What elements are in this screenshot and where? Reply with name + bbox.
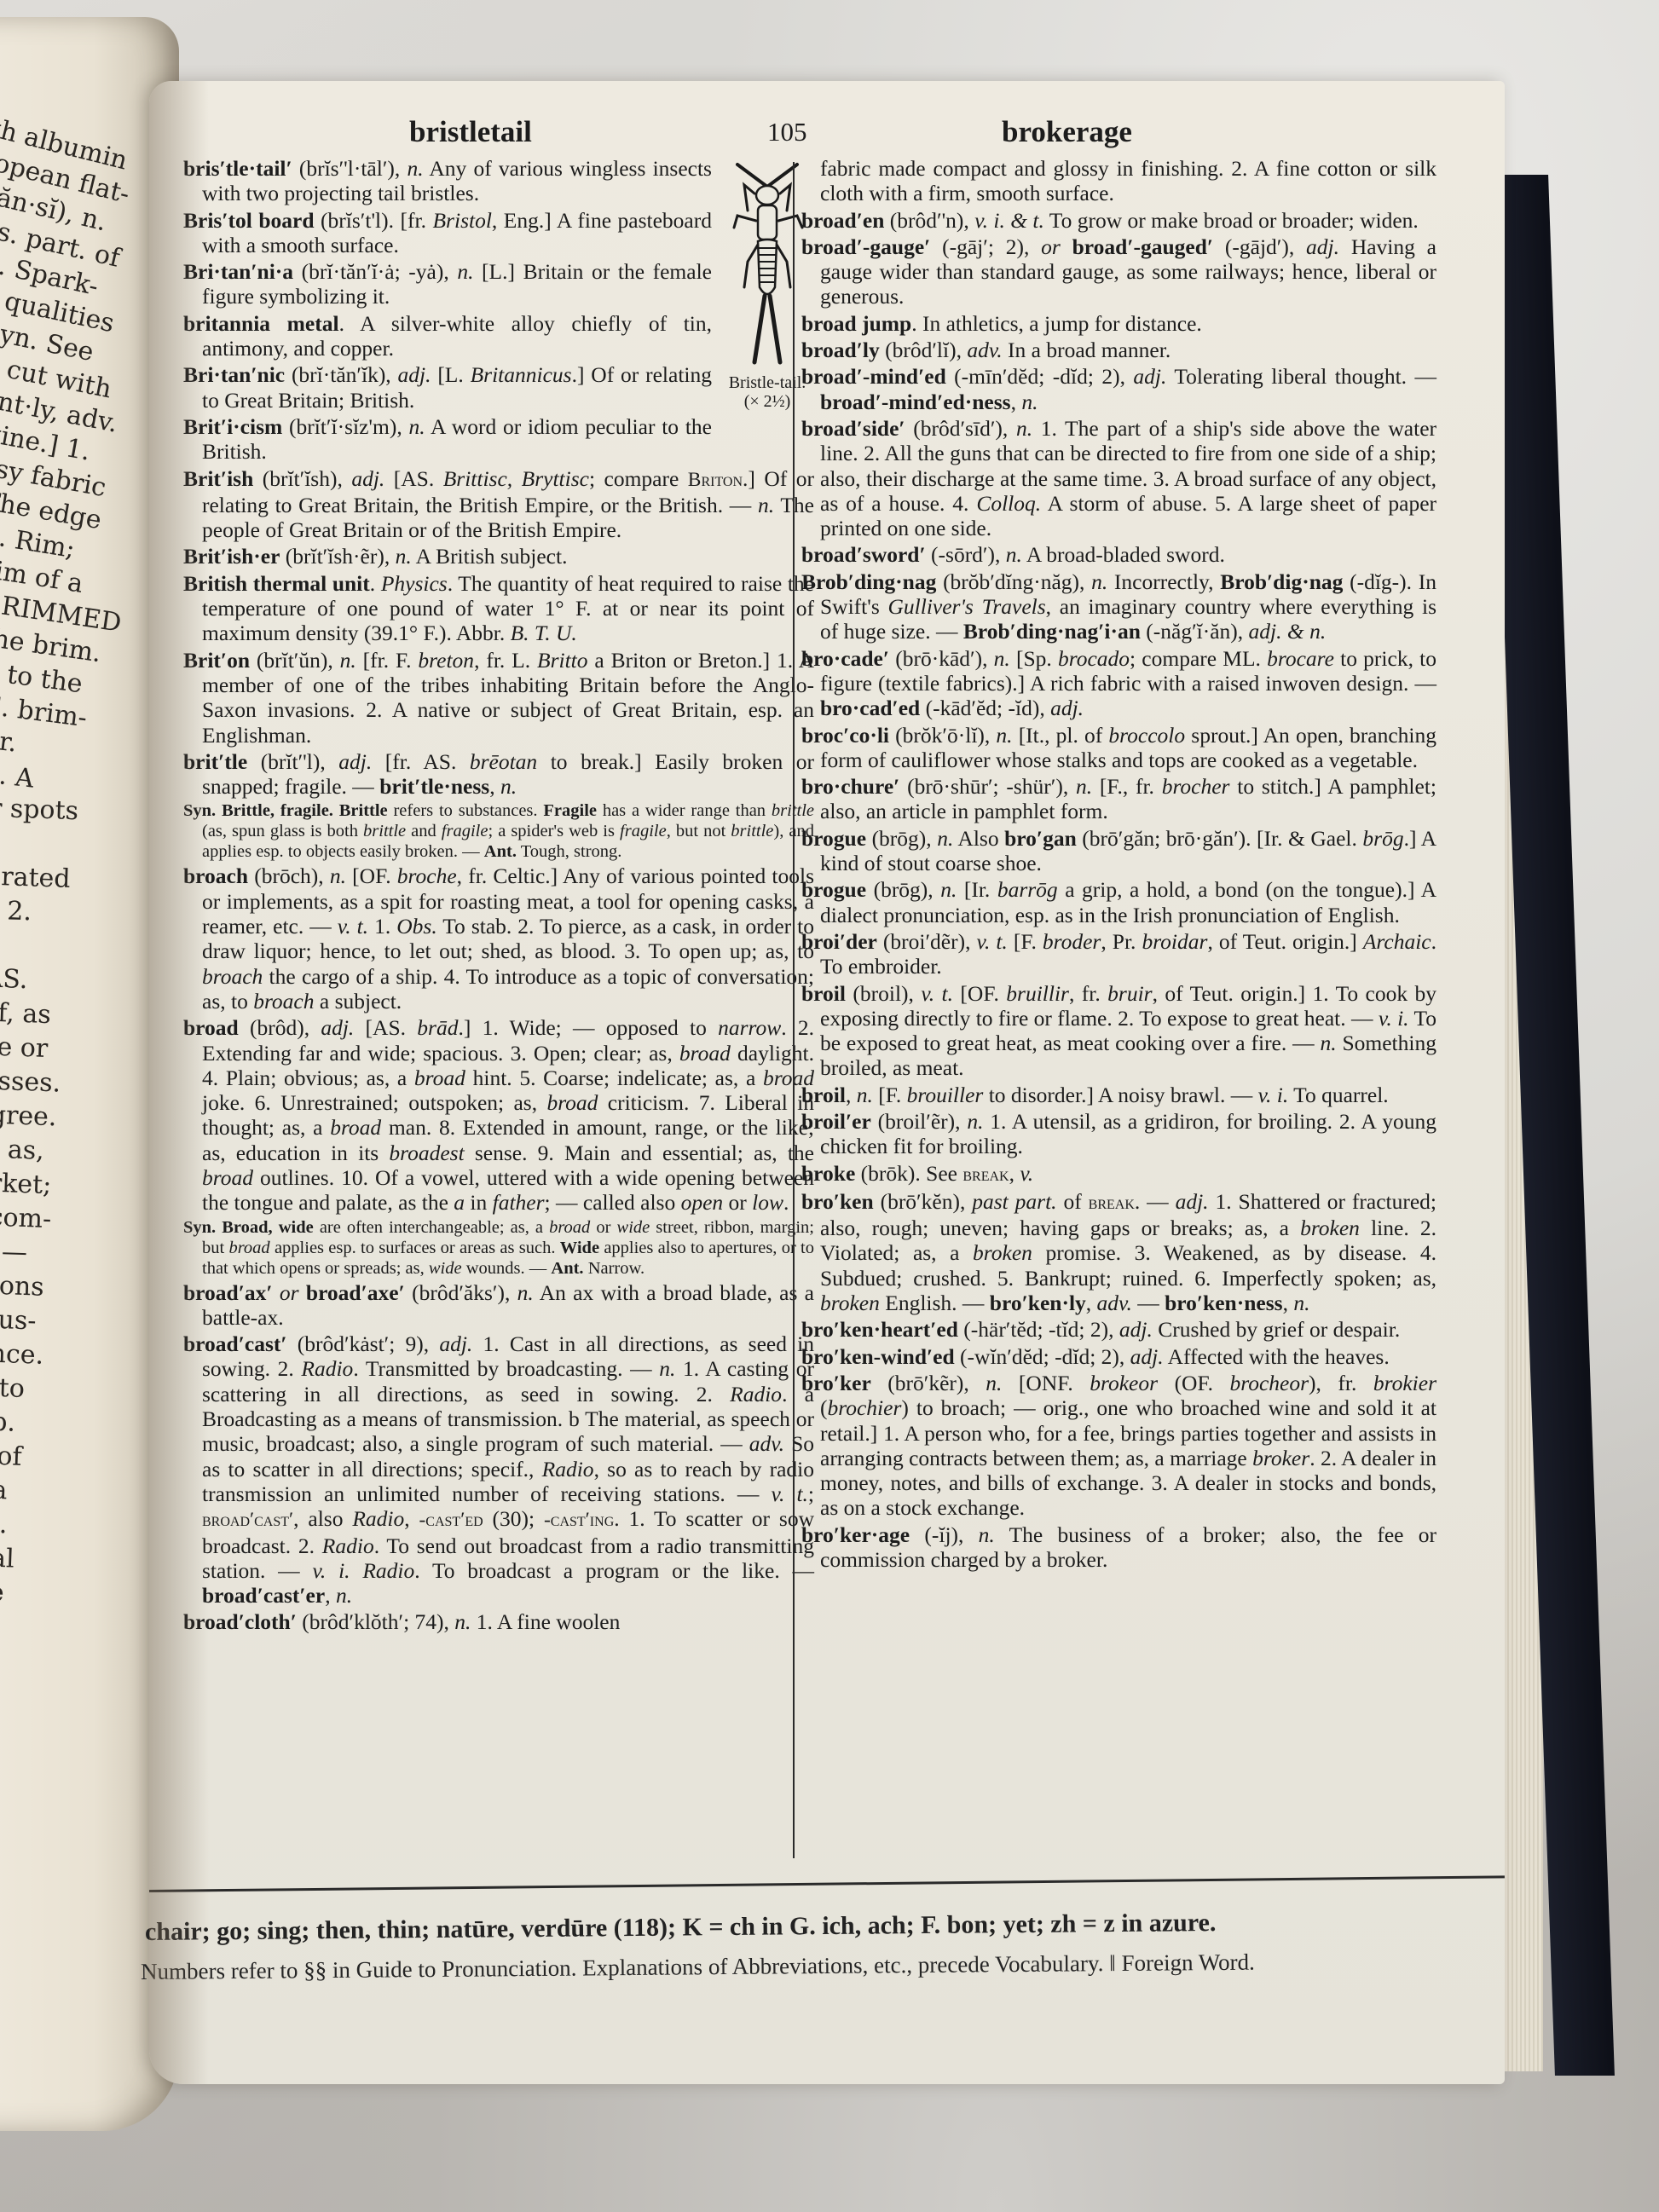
- pronunciation: (broil′ẽr),: [871, 1109, 968, 1134]
- definition-text: 1.: [368, 914, 396, 939]
- left-page-text-fragment: ur.: [0, 725, 19, 758]
- italic-label: broder: [1043, 929, 1101, 954]
- italic-label: n.: [457, 259, 473, 284]
- italic-label: n.: [517, 1280, 534, 1305]
- italic-label: n.: [500, 774, 517, 799]
- dictionary-page: bristletail 105 brokerage: [149, 81, 1505, 2084]
- italic-label: barrōg: [997, 877, 1058, 902]
- definition-text: .: [370, 571, 381, 596]
- italic-label: adj.: [321, 1015, 354, 1040]
- italic-label: v. t.: [977, 929, 1008, 954]
- dictionary-entry: Brit′i·cism (brĭt′ĭ·sĭz'm), n. A word or…: [183, 414, 814, 465]
- italic-label: adj.: [338, 749, 372, 774]
- headword: brogue: [801, 826, 866, 851]
- italic-label: broadest: [389, 1141, 464, 1165]
- left-page-text-fragment: v of: [0, 1441, 22, 1472]
- headword: bro′ken·ness: [1165, 1291, 1283, 1315]
- italic-label: v. i.: [1379, 1006, 1409, 1031]
- definition-text: a subject.: [315, 989, 402, 1014]
- bristletail-illustration: Bristle-tail. (× 2½): [720, 159, 814, 411]
- italic-label: broker: [1252, 1446, 1309, 1470]
- italic-label: broche: [397, 863, 457, 888]
- definition-text: ; compare: [589, 466, 688, 491]
- dictionary-entry: brogue (brōg), n. Also bro′gan (brō′găn;…: [801, 826, 1436, 876]
- italic-label: wide: [429, 1259, 462, 1278]
- headword: broad jump: [801, 311, 911, 336]
- left-page-text-fragment: g to: [0, 1372, 25, 1404]
- dictionary-entry: bro′ken-wind′ed (-wĭn′dĕd; -dĭd; 2), adj…: [801, 1344, 1436, 1369]
- italic-label: B. T. U.: [511, 621, 577, 645]
- italic-label: father: [493, 1190, 545, 1215]
- left-page-text-fragment: ence.: [0, 1338, 44, 1371]
- italic-label: n.: [1006, 542, 1022, 567]
- dictionary-entry: bro′ken·heart′ed (-här′tĕd; -tĭd; 2), ad…: [801, 1317, 1436, 1342]
- pronunciation: (-gāj′; 2),: [930, 234, 1041, 259]
- left-page-text-fragment: ious-: [0, 1304, 37, 1337]
- pronunciation: (brĭt′ĭ·sĭz'm),: [282, 414, 408, 439]
- definition-text: A broad-bladed sword.: [1022, 542, 1225, 567]
- italic-label: n.: [937, 826, 953, 851]
- italic-label: n.: [1016, 416, 1032, 441]
- dictionary-entry: broad (brôd), adj. [AS. brād.] 1. Wide; …: [183, 1015, 814, 1215]
- italic-label: n.: [1091, 569, 1107, 594]
- definition-text: (: [820, 1395, 828, 1420]
- pronunciation: (brŏb′dĭng·năg),: [936, 569, 1091, 594]
- dictionary-entry: broc′co·li (brŏk′ō·lĭ), n. [It., pl. of …: [801, 723, 1436, 773]
- definition-text: Incorrectly,: [1107, 569, 1220, 594]
- dictionary-entry: Brob′ding·nag (brŏb′dĭng·năg), n. Incorr…: [801, 569, 1436, 644]
- definition-text: [Sp.: [1010, 646, 1058, 671]
- definition-text: [OF.: [346, 863, 397, 888]
- headword: broil: [801, 1083, 846, 1107]
- definition-text: See: [921, 1161, 963, 1186]
- italic-label: n.: [407, 156, 423, 181]
- pronunciation: (-sōrd′),: [926, 542, 1006, 567]
- definition-text: (as, spun glass is both: [202, 822, 363, 840]
- right-guide-word: brokerage: [1002, 115, 1132, 149]
- headword: Ant.: [484, 842, 517, 861]
- headword: broad′-gauged′: [1072, 234, 1214, 259]
- headword: bro′ker: [801, 1371, 871, 1395]
- definition-text: [fr. AS.: [372, 749, 470, 774]
- definition-text: Tolerating liberal thought. —: [1166, 364, 1436, 389]
- headword: bro′ken·heart′ed: [801, 1317, 958, 1342]
- headword: broad′-mind′ed·ness: [820, 390, 1011, 414]
- left-column: Bristle-tail. (× 2½) bris′tle·tail′ (brĭ…: [183, 156, 814, 1637]
- definition-text: [F.: [873, 1083, 907, 1107]
- definition-text: [Ir.: [957, 877, 997, 902]
- dictionary-entry: Bri·tan′nic (brĭ·tăn′ĭk), adj. [L. Brita…: [183, 362, 814, 413]
- cross-reference: Briton: [688, 469, 743, 491]
- italic-label: broken: [820, 1291, 880, 1315]
- definition-text: sense. 9. Main and essential; as, the: [465, 1141, 814, 1165]
- definition-text: has a wider range than: [597, 801, 772, 820]
- italic-label: n.: [330, 863, 346, 888]
- definition-text: ; — called also: [545, 1190, 681, 1215]
- definition-text: to disorder.] A noisy brawl. —: [983, 1083, 1257, 1107]
- definition-text: wounds. —: [462, 1259, 552, 1278]
- cross-reference: -cast′ed: [419, 1509, 483, 1531]
- dictionary-entry: bro′ker (brō′kẽr), n. [ONF. brokeor (OF.…: [801, 1371, 1436, 1521]
- headword: broil′er: [801, 1109, 871, 1134]
- pronunciation: (-dĭg-).: [1343, 569, 1412, 594]
- dictionary-entry: bro·chure′ (brō·shūr′; -shür′), n. [F., …: [801, 774, 1436, 824]
- definition-text: ,: [489, 774, 500, 799]
- cross-reference: break: [962, 1164, 1009, 1186]
- left-page-text-fragment: up.: [0, 1406, 16, 1438]
- italic-label: Radio: [362, 1558, 414, 1583]
- dictionary-entry: bro·cade′ (brō·kād′), n. [Sp. brocado; c…: [801, 646, 1436, 721]
- definition-text: , of Teut. origin.]: [1207, 929, 1362, 954]
- headword: broke: [801, 1161, 855, 1186]
- italic-label: fragile: [442, 822, 488, 840]
- italic-label: broken: [1300, 1216, 1360, 1240]
- cross-reference: broad′cast′: [202, 1509, 293, 1531]
- left-page-text-fragment: ve: [0, 1577, 4, 1608]
- italic-label: wide: [617, 1218, 650, 1237]
- pronunciation: (brĭt′ĭsh),: [253, 466, 351, 491]
- pronunciation: (brōg),: [866, 826, 937, 851]
- headword: Ant.: [551, 1259, 583, 1278]
- headword: broad′side′: [801, 416, 905, 441]
- italic-label: broad: [414, 1066, 465, 1090]
- left-page-text-fragment: 2. A: [0, 759, 35, 794]
- pronunciation: (-kād′ĕd; -ĭd),: [920, 696, 1050, 720]
- definition-text: [AS.: [384, 466, 442, 491]
- dictionary-entry: broad′side′ (brôd′sīd′), n. 1. The part …: [801, 416, 1436, 540]
- italic-label: n.: [996, 723, 1012, 748]
- dictionary-entry: Bri·tan′ni·a (brĭ·tăn′ĭ·ȧ; -yȧ), n. [L.]…: [183, 259, 814, 309]
- headword: broad′sword′: [801, 542, 926, 567]
- pronunciation: (brōk).: [855, 1161, 920, 1186]
- left-page-text-fragment: arket;: [0, 1168, 52, 1200]
- dictionary-entry: broad′ax′ or broad′axe′ (brôd′ăks′), n. …: [183, 1280, 814, 1331]
- dictionary-entry: broad′en (brôd′'n), v. i. & t. To grow o…: [801, 208, 1436, 233]
- italic-label: v. i. & t.: [974, 208, 1044, 233]
- definition-text: ), fr.: [1309, 1371, 1373, 1395]
- italic-label: v. i.: [312, 1558, 350, 1583]
- headword: broad′axe′: [306, 1280, 405, 1305]
- definition-text: or: [590, 1218, 616, 1237]
- italic-label: n.: [396, 544, 412, 569]
- italic-label: n.: [454, 1609, 471, 1634]
- left-page-text-fragment: agree.: [0, 1100, 57, 1132]
- italic-label: breton: [418, 648, 474, 673]
- definition-text: Also: [953, 826, 1004, 851]
- italic-label: bruir: [1107, 981, 1152, 1006]
- definition-text: .: [783, 1190, 789, 1215]
- left-page-text-fragment: nions: [0, 1270, 44, 1302]
- headword: bro′ker·age: [801, 1522, 910, 1547]
- pronunciation: (brĭ·tăn′ĭ·ȧ; -yȧ),: [293, 259, 457, 284]
- definition-text: [Ir. & Gael.: [1251, 826, 1363, 851]
- dictionary-entry: Bris′tol board (brĭs′t'l). [fr. Bristol,…: [183, 208, 814, 258]
- headword: broad′en: [801, 208, 884, 233]
- dictionary-entry: fabric made compact and glossy in finish…: [801, 156, 1436, 206]
- italic-label: adj.: [1306, 234, 1339, 259]
- definition-text: [350, 1558, 363, 1583]
- pronunciation: (-mīn′dĕd; -dĭd; 2),: [946, 364, 1134, 389]
- definition-text: in: [465, 1190, 493, 1215]
- definition-text: [L.: [431, 362, 470, 387]
- left-page-text-fragment: f a: [0, 1475, 8, 1505]
- definition-text: , but not: [667, 822, 731, 840]
- left-page-text-fragment: y. —: [0, 1236, 28, 1268]
- italic-label: v.: [1020, 1161, 1033, 1186]
- definition-text: of: [1057, 1189, 1089, 1214]
- italic-label: Radio: [352, 1506, 404, 1531]
- headword: broad′-mind′ed: [801, 364, 946, 389]
- definition-text: ; compare ML.: [1130, 646, 1267, 671]
- italic-label: v. t.: [338, 914, 368, 939]
- definition-text: [fr. F.: [356, 648, 419, 673]
- italic-label: Radio: [730, 1382, 782, 1406]
- pronunciation: (brōg),: [866, 877, 940, 902]
- italic-label: adv.: [1097, 1291, 1132, 1315]
- pronunciation: (broi′dẽr),: [877, 929, 977, 954]
- headword: Syn. Brittle, fragile. Brittle: [183, 801, 388, 820]
- definition-text: 1. A fine woolen: [471, 1609, 620, 1634]
- pronunciation: (brôd′sīd′),: [905, 416, 1016, 441]
- definition-text: [AS.: [354, 1015, 417, 1040]
- italic-label: broad: [546, 1090, 598, 1115]
- column-divider: [793, 162, 795, 1858]
- pronunciation: (brĭ·tăn′ĭk),: [285, 362, 397, 387]
- italic-label: Gulliver's Travels: [888, 594, 1046, 619]
- definition-text: [It., pl. of: [1013, 723, 1109, 748]
- headword: bro·cade′: [801, 646, 889, 671]
- left-page-text-fragment: losses.: [0, 1066, 61, 1099]
- dictionary-entry: broad′-gauge′ (-gāj′; 2), or broad′-gaug…: [801, 234, 1436, 309]
- italic-label: brocare: [1267, 646, 1334, 671]
- definition-text: and: [406, 822, 442, 840]
- italic-label: Brittisc, Bryttisc: [443, 466, 589, 491]
- pronunciation: (broil),: [846, 981, 921, 1006]
- italic-label: Radio: [301, 1356, 353, 1381]
- italic-label: adj. & n.: [1249, 619, 1327, 644]
- italic-label: brād: [417, 1015, 458, 1040]
- headword: broi′der: [801, 929, 877, 954]
- pronunciation: (brĭs′'l·tāl′),: [292, 156, 408, 181]
- italic-label: n.: [1076, 774, 1092, 799]
- dictionary-entry: Brit′on (brĭt′ŭn), n. [fr. F. breton, fr…: [183, 648, 814, 748]
- pronunciation: (brôd′klŏth′; 74),: [297, 1609, 454, 1634]
- definition-text: .] 1. Wide; — opposed to: [458, 1015, 718, 1040]
- definition-text: [OF.: [953, 981, 1006, 1006]
- headword: bro′ken·ly: [990, 1291, 1086, 1315]
- italic-label: low: [752, 1190, 783, 1215]
- italic-label: Radio: [542, 1457, 594, 1481]
- italic-label: adj.: [398, 362, 431, 387]
- italic-label: Obs.: [396, 914, 436, 939]
- cross-reference: -cast′ing: [544, 1509, 614, 1531]
- definition-text: [fr.: [401, 208, 433, 233]
- italic-label: brēotan: [470, 749, 537, 774]
- italic-label: brouiller: [907, 1083, 984, 1107]
- italic-label: brocado: [1058, 646, 1130, 671]
- definition-text: —: [1132, 1291, 1165, 1315]
- definition-text: applies esp. to surfaces or areas as suc…: [270, 1239, 560, 1257]
- definition-text: [F., fr.: [1092, 774, 1162, 799]
- definition-text: ; a spider's web is: [488, 822, 620, 840]
- dictionary-entry: broad jump. In athletics, a jump for dis…: [801, 311, 1436, 336]
- definition-text: (30);: [483, 1506, 544, 1531]
- pronunciation: (brōch),: [248, 863, 330, 888]
- italic-label: n.: [857, 1083, 873, 1107]
- headword: British thermal unit: [183, 571, 370, 596]
- pronunciation: (brŏk′ō·lĭ),: [889, 723, 996, 748]
- italic-label: adj.: [1130, 1344, 1164, 1369]
- italic-label: n.: [994, 646, 1010, 671]
- left-page-text-fragment: bal: [0, 1543, 14, 1574]
- italic-label: v. i.: [1258, 1083, 1289, 1107]
- pronunciation: (brôd′ăks′),: [405, 1280, 517, 1305]
- definition-text: ,: [404, 1506, 419, 1531]
- pronunciation: (brĭs′t'l).: [315, 208, 401, 233]
- italic-label: brittle: [363, 822, 406, 840]
- left-page-text-fragment: turated: [0, 861, 71, 894]
- headword: bro·cad′ed: [820, 696, 920, 720]
- italic-label: adj.: [351, 466, 384, 491]
- dictionary-entry: broad′sword′ (-sōrd′), n. A broad-bladed…: [801, 542, 1436, 567]
- headword: bro′ken-wind′ed: [801, 1344, 955, 1369]
- pronunciation: (brō′găn; brō·găn′).: [1077, 826, 1251, 851]
- italic-label: adv.: [749, 1431, 784, 1456]
- pronunciation: (-wĭn′dĕd; -dĭd; 2),: [955, 1344, 1130, 1369]
- italic-label: fragile: [620, 822, 667, 840]
- italic-label: past part.: [972, 1189, 1056, 1214]
- definition-text: are often interchangeable; as, a: [314, 1218, 549, 1237]
- page-number: 105: [767, 117, 807, 147]
- definition-text: ,: [1086, 1291, 1097, 1315]
- definition-text: ,: [1283, 1291, 1294, 1315]
- pronunciation-key: chair; go; sing; then, thin; natūre, ver…: [145, 1906, 1509, 1947]
- left-guide-word: bristletail: [409, 115, 532, 149]
- italic-label: n.: [940, 877, 957, 902]
- left-page-text-fragment: elf, as: [0, 997, 51, 1030]
- definition-text: Crushed by grief or despair.: [1153, 1317, 1400, 1342]
- italic-label: brokeor: [1090, 1371, 1158, 1395]
- right-column: fabric made compact and glossy in finish…: [801, 156, 1436, 1574]
- definition-text: . —: [1135, 1189, 1176, 1214]
- headword: broc′co·li: [801, 723, 889, 748]
- pronunciation: (brō′kĕn),: [874, 1189, 973, 1214]
- dictionary-entry: bro′ken (brō′kĕn), past part. of break. …: [801, 1189, 1436, 1315]
- pronunciation: (brôd′kȧst′; 9),: [287, 1331, 440, 1356]
- italic-label: adj.: [1176, 1189, 1209, 1214]
- italic-label: n.: [340, 648, 356, 673]
- definition-text: refers to substances.: [388, 801, 544, 820]
- italic-label: brōg: [1362, 826, 1403, 851]
- italic-label: n.: [979, 1522, 995, 1547]
- headword: Fragile: [543, 801, 597, 820]
- definition-text: A British subject.: [412, 544, 568, 569]
- italic-label: adj.: [1119, 1317, 1153, 1342]
- italic-label: Britannicus: [471, 362, 572, 387]
- italic-label: broach: [253, 989, 314, 1014]
- italic-label: or: [1041, 234, 1072, 259]
- definition-text: fabric made compact and glossy in finish…: [820, 156, 1436, 205]
- italic-label: broad: [330, 1115, 381, 1140]
- definition-text: . Transmitted by broadcasting. —: [353, 1356, 659, 1381]
- definition-text: ,: [325, 1583, 336, 1608]
- dictionary-entry: bris′tle·tail′ (brĭs′'l·tāl′), n. Any of…: [183, 156, 814, 206]
- footer-divider: [149, 1875, 1505, 1892]
- pronunciation: (brĭt′'l),: [247, 749, 338, 774]
- definition-text: ,: [1011, 390, 1022, 414]
- definition-text: , fr. L.: [474, 648, 537, 673]
- definition-text: hint. 5. Coarse; indelicate; as, a: [465, 1066, 763, 1090]
- definition-text: ,: [846, 1083, 857, 1107]
- headword: Wide: [560, 1239, 599, 1257]
- italic-label: Physics: [381, 571, 448, 596]
- left-page-text-fragment: to: [0, 1611, 1, 1642]
- dictionary-entry: Brit′ish·er (brĭt′ĭsh·ẽr), n. A British …: [183, 544, 814, 569]
- definition-text: joke. 6. Unrestrained; outspoken; as,: [202, 1090, 546, 1115]
- dictionary-entry: broke (brōk). See break, v.: [801, 1161, 1436, 1187]
- dictionary-entry: broi′der (broi′dẽr), v. t. [F. broder, P…: [801, 929, 1436, 979]
- headword: Brob′ding·nag′i·an: [963, 619, 1141, 644]
- left-page-text-fragment: [AS.: [0, 963, 28, 995]
- italic-label: n.: [1320, 1031, 1336, 1055]
- definition-text: Affected with the heaves.: [1164, 1344, 1390, 1369]
- definition-text: [F.: [1008, 929, 1043, 954]
- headword: brit′tle·ness: [379, 774, 489, 799]
- dictionary-entry: broad′ly (brôd′lĭ), adv. In a broad mann…: [801, 338, 1436, 362]
- definition-text: Tough, strong.: [517, 842, 621, 861]
- headword: bro′ken: [801, 1189, 874, 1214]
- definition-text: . To broadcast a program or the like. —: [414, 1558, 814, 1583]
- pronunciation: (brō·shūr′; -shür′),: [899, 774, 1076, 799]
- footer-note: Numbers refer to §§ in Guide to Pronunci…: [141, 1947, 1505, 1985]
- italic-label: n.: [1293, 1291, 1309, 1315]
- italic-label: adj.: [1050, 696, 1084, 720]
- italic-label: n.: [409, 414, 425, 439]
- dictionary-entry: brit′tle (brĭt′'l), adj. [fr. AS. brēota…: [183, 749, 814, 800]
- italic-label: n.: [659, 1356, 675, 1381]
- headword: Brob′dig·nag: [1220, 569, 1343, 594]
- italic-label: Archaic: [1363, 929, 1431, 954]
- definition-text: To quarrel.: [1288, 1083, 1388, 1107]
- definition-text: [ONF.: [1002, 1371, 1090, 1395]
- italic-label: adj.: [1133, 364, 1166, 389]
- left-page-text-fragment: ccom-: [0, 1202, 52, 1234]
- dictionary-entry: broad′-mind′ed (-mīn′dĕd; -dĭd; 2), adj.…: [801, 364, 1436, 414]
- italic-label: Colloq.: [976, 491, 1041, 516]
- dictionary-entry: broil′er (broil′ẽr), n. 1. A utensil, as…: [801, 1109, 1436, 1159]
- dictionary-entry: broach (brōch), n. [OF. broche, fr. Celt…: [183, 863, 814, 1014]
- italic-label: n.: [967, 1109, 983, 1134]
- definition-text: In a broad manner.: [1003, 338, 1171, 362]
- dictionary-entry: broad′cast′ (brôd′kȧst′; 9), adj. 1. Cas…: [183, 1331, 814, 1608]
- italic-label: Britto: [537, 648, 588, 673]
- left-page-text-fragment: n; as,: [0, 1134, 44, 1166]
- dictionary-entry: British thermal unit. Physics. The quant…: [183, 571, 814, 646]
- dictionary-entry: broad′cloth′ (brôd′klŏth′; 74), n. 1. A …: [183, 1609, 814, 1634]
- pronunciation: (brôd′'n),: [884, 208, 974, 233]
- headword: bro·chure′: [801, 774, 899, 799]
- synonym-note: Syn. Broad, wide are often interchangeab…: [183, 1217, 814, 1279]
- definition-text: English. —: [880, 1291, 990, 1315]
- dictionary-entry: broil, n. [F. brouiller to disorder.] A …: [801, 1083, 1436, 1107]
- definition-text: To grow or make broad or broader; widen.: [1044, 208, 1419, 233]
- pronunciation: (brĭt′ĭsh·ẽr),: [280, 544, 395, 569]
- italic-label: adv.: [967, 338, 1002, 362]
- italic-label: brochier: [828, 1395, 902, 1420]
- italic-label: broad: [202, 1165, 253, 1190]
- headword: broad′cast′er: [202, 1583, 325, 1608]
- italic-label: brittle: [731, 822, 773, 840]
